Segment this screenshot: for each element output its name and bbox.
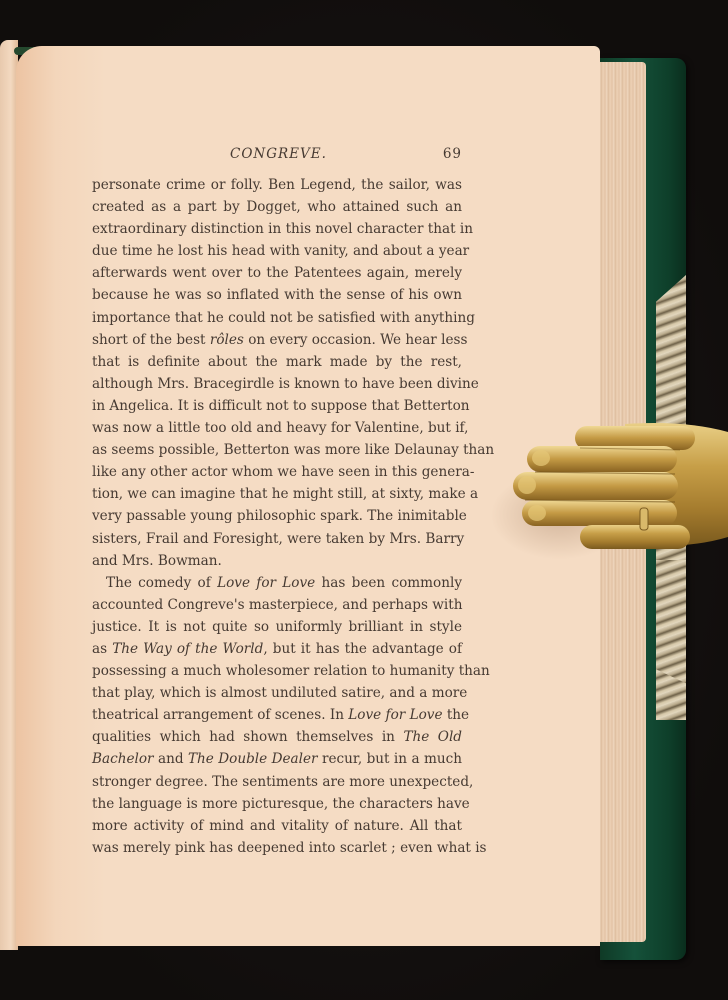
text-run: personate crime or folly. Ben Legend, th…: [92, 177, 462, 193]
text-line: Bachelor and The Double Dealer recur, bu…: [92, 748, 462, 770]
page-number: 69: [443, 146, 462, 162]
text-line: because he was so inflated with the sens…: [92, 284, 462, 306]
text-run: as seems possible, Betterton was more li…: [92, 442, 494, 458]
text-line: possessing a much wholesomer relation to…: [92, 660, 462, 682]
text-run: theatrical arrangement of scenes. In: [92, 707, 348, 723]
text-line: and Mrs. Bowman.: [92, 550, 462, 572]
text-run: as: [92, 641, 112, 657]
text-run: has been commonly: [315, 575, 462, 591]
text-run: recur, but in a much: [318, 751, 462, 767]
text-run: that play, which is almost undiluted sat…: [92, 685, 467, 701]
text-line: extraordinary distinction in this novel …: [92, 218, 462, 240]
text-line: The comedy of Love for Love has been com…: [92, 572, 462, 594]
text-line: very passable young philosophic spark. T…: [92, 505, 462, 527]
italic-title: Love for Love: [348, 707, 442, 723]
text-run: more activity of mind and vitality of na…: [92, 818, 462, 834]
text-line: was merely pink has deepened into scarle…: [92, 837, 462, 859]
text-run: the: [443, 707, 470, 723]
text-run: because he was so inflated with the sens…: [92, 287, 462, 303]
text-line: like any other actor whom we have seen i…: [92, 461, 462, 483]
text-run: although Mrs. Bracegirdle is known to ha…: [92, 376, 479, 392]
italic-title: The Way of the World: [112, 641, 263, 657]
text-run: qualities which had shown themselves in: [92, 729, 403, 745]
text-run: accounted Congreve's masterpiece, and pe…: [92, 597, 462, 613]
photo-scene: CONGREVE. 69 personate crime or folly. B…: [0, 0, 728, 1000]
text-run: , but it has the advantage of: [263, 641, 462, 657]
text-run: possessing a much wholesomer relation to…: [92, 663, 490, 679]
text-line: sisters, Frail and Foresight, were taken…: [92, 528, 462, 550]
text-line: the language is more picturesque, the ch…: [92, 793, 462, 815]
text-line: although Mrs. Bracegirdle is known to ha…: [92, 373, 462, 395]
text-run: was merely pink has deepened into scarle…: [92, 840, 487, 856]
brass-hand-bookmark-icon: [505, 412, 728, 557]
text-run: tion, we can imagine that he might still…: [92, 486, 478, 502]
text-run: very passable young philosophic spark. T…: [92, 508, 467, 524]
text-line: due time he lost his head with vanity, a…: [92, 240, 462, 262]
text-line: stronger degree. The sentiments are more…: [92, 771, 462, 793]
text-line: personate crime or folly. Ben Legend, th…: [92, 174, 462, 196]
running-head-title: CONGREVE.: [230, 146, 327, 162]
text-line: as The Way of the World, but it has the …: [92, 638, 462, 660]
italic-title: Bachelor: [92, 751, 154, 767]
text-run: like any other actor whom we have seen i…: [92, 464, 474, 480]
text-run: extraordinary distinction in this novel …: [92, 221, 473, 237]
text-line: importance that he could not be satisfie…: [92, 307, 462, 329]
text-line: that is definite about the mark made by …: [92, 351, 462, 373]
text-run: justice. It is not quite so uniformly br…: [92, 619, 462, 635]
text-run: due time he lost his head with vanity, a…: [92, 243, 469, 259]
text-line: afterwards went over to the Patentees ag…: [92, 262, 462, 284]
text-run: importance that he could not be satisfie…: [92, 310, 475, 326]
text-run: that is definite about the mark made by …: [92, 354, 462, 370]
text-run: and: [154, 751, 188, 767]
text-line: more activity of mind and vitality of na…: [92, 815, 462, 837]
text-run: stronger degree. The sentiments are more…: [92, 774, 473, 790]
text-run: in Angelica. It is difficult not to supp…: [92, 398, 470, 414]
italic-title: rôles: [210, 332, 244, 348]
text-line: in Angelica. It is difficult not to supp…: [92, 395, 462, 417]
text-line: qualities which had shown themselves in …: [92, 726, 462, 748]
text-run: on every occasion. We hear less: [244, 332, 468, 348]
text-line: as seems possible, Betterton was more li…: [92, 439, 462, 461]
text-line: created as a part by Dogget, who attaine…: [92, 196, 462, 218]
text-run: sisters, Frail and Foresight, were taken…: [92, 531, 464, 547]
italic-title: The Double Dealer: [188, 751, 318, 767]
text-line: was now a little too old and heavy for V…: [92, 417, 462, 439]
text-run: created as a part by Dogget, who attaine…: [92, 199, 462, 215]
italic-title: Love for Love: [217, 575, 315, 591]
text-line: justice. It is not quite so uniformly br…: [92, 616, 462, 638]
text-run: short of the best: [92, 332, 210, 348]
page-text-block: CONGREVE. 69 personate crime or folly. B…: [92, 146, 462, 859]
text-run: was now a little too old and heavy for V…: [92, 420, 468, 436]
running-head: CONGREVE. 69: [92, 146, 462, 166]
text-line: that play, which is almost undiluted sat…: [92, 682, 462, 704]
body-text: personate crime or folly. Ben Legend, th…: [92, 174, 462, 859]
text-line: tion, we can imagine that he might still…: [92, 483, 462, 505]
text-run: afterwards went over to the Patentees ag…: [92, 265, 462, 281]
text-line: accounted Congreve's masterpiece, and pe…: [92, 594, 462, 616]
text-line: theatrical arrangement of scenes. In Lov…: [92, 704, 462, 726]
italic-title: The Old: [403, 729, 462, 745]
text-line: short of the best rôles on every occasio…: [92, 329, 462, 351]
text-run: and Mrs. Bowman.: [92, 553, 222, 569]
text-run: the language is more picturesque, the ch…: [92, 796, 470, 812]
text-run: The comedy of: [106, 575, 217, 591]
